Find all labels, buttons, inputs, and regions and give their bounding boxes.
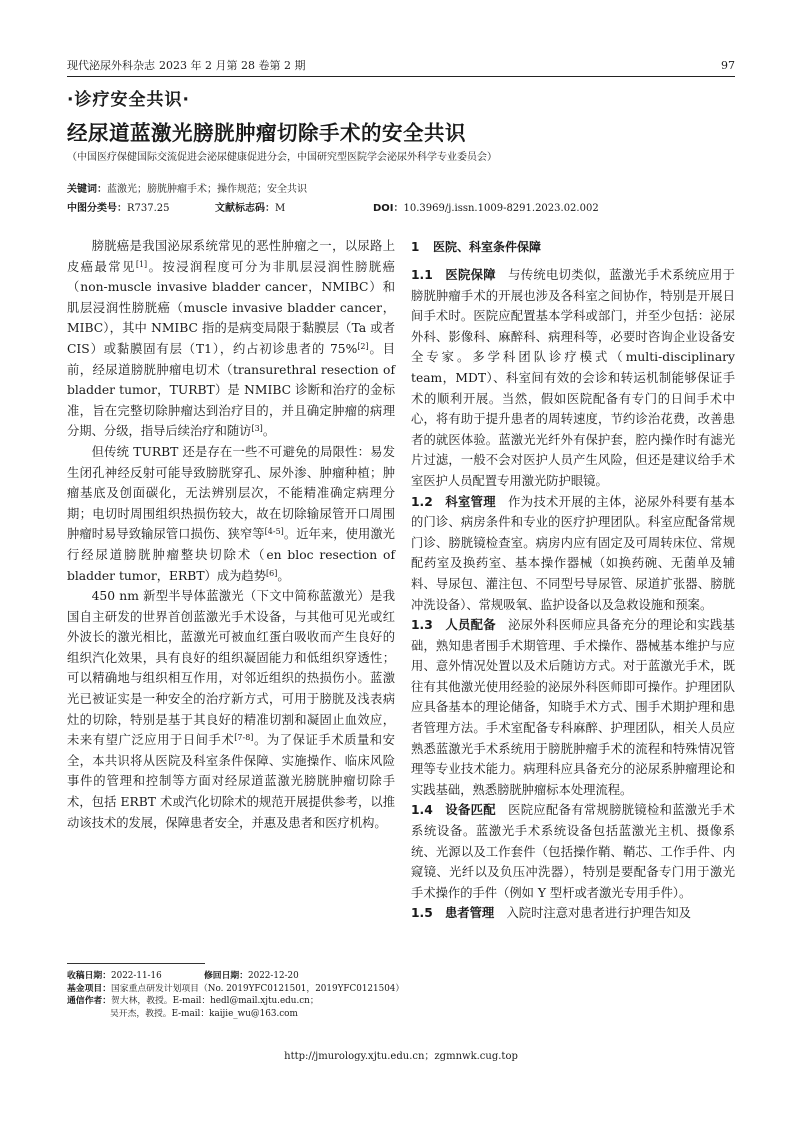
subsection-number: 1.5 (411, 903, 445, 924)
footnotes: 收稿日期：2022-11-16 修回日期：2022-12-20 基金项目：国家重… (67, 970, 397, 1020)
right-column: 1医院、科室条件保障 1.1医院保障与传统电切类似，蓝激光手术系统应用于膀胱肿瘤… (411, 236, 735, 924)
column-label: ·诊疗安全共识· (67, 88, 190, 112)
footnote-divider (67, 963, 205, 964)
journal-page: 现代泌尿外科杂志 2023 年 2 月第 28 卷第 2 期 97 ·诊疗安全共… (67, 0, 735, 1122)
subsection-text: 作为技术开展的主体，泌尿外科要有基本的门诊、病房条件和专业的医疗护理团队。科室应… (411, 495, 735, 612)
subsection-number: 1.3 (411, 615, 445, 636)
classification-line: 中图分类号：R737.25 文献标志码：M DOI：10.3969/j.issn… (67, 202, 735, 216)
citation-marker[interactable]: [7-8] (234, 733, 253, 742)
subsection-1-5: 1.5患者管理入院时注意对患者进行护理告知及 (411, 903, 735, 924)
subsection-text: 泌尿外科医师应具备充分的理论和实践基础，熟知患者围手术期管理、手术操作、器械基本… (411, 618, 735, 797)
corresponding-author-2: 吴开杰，教授。E-mail：kaijie_wu@163.com (110, 1009, 298, 1019)
section-title: 医院、科室条件保障 (433, 240, 541, 254)
corresponding-row: 通信作者：贺大林，教授。E-mail：hedl@mail.xjtu.edu.cn… (67, 995, 397, 1008)
revised-cell: 修回日期：2022-12-20 (204, 970, 299, 983)
fund-label: 基金项目： (67, 984, 111, 994)
fund-value: 国家重点研发计划项目（No. 2019YFC0121501，2019YFC012… (111, 984, 404, 994)
subsection-label: 患者管理 (445, 906, 494, 920)
page-number: 97 (721, 58, 735, 74)
doi-cell: DOI：10.3969/j.issn.1009-8291.2023.02.002 (373, 202, 599, 216)
intro-paragraph: 450 nm 新型半导体蓝激光（下文中简称蓝激光）是我国自主研发的世界首创蓝激光… (67, 586, 395, 833)
subsection-number: 1.4 (411, 800, 445, 821)
doc-code-label: 文献标志码： (215, 203, 275, 214)
subsection-1-3: 1.3人员配备泌尿外科医师应具备充分的理论和实践基础，熟知患者围手术期管理、手术… (411, 615, 735, 800)
subsection-label: 设备匹配 (445, 803, 496, 817)
doc-code-cell: 文献标志码：M (215, 202, 285, 216)
left-column: 膀胱癌是我国泌尿系统常见的恶性肿瘤之一，以尿路上皮癌最常见[1]。按浸润程度可分… (67, 236, 395, 833)
article-title: 经尿道蓝激光膀胱肿瘤切除手术的安全共识 (67, 118, 466, 148)
citation-marker[interactable]: [1] (136, 260, 147, 269)
subsection-heading: 1.4设备匹配 (411, 803, 508, 817)
subsection-label: 人员配备 (445, 618, 496, 632)
subsection-text: 与传统电切类似，蓝激光手术系统应用于膀胱肿瘤手术的开展也涉及各科室之间协作，特别… (411, 268, 735, 488)
received-label: 收稿日期： (67, 971, 111, 981)
citation-marker[interactable]: [6] (266, 569, 277, 578)
clc-value: R737.25 (127, 203, 170, 214)
issue-info: 2023 年 2 月第 28 卷第 2 期 (159, 58, 305, 74)
citation-marker[interactable]: [2] (357, 342, 368, 351)
citation-marker[interactable]: [3] (251, 424, 262, 433)
revised-date: 2022-12-20 (248, 971, 299, 981)
citation-marker[interactable]: [4-5] (265, 527, 284, 536)
subsection-1-1: 1.1医院保障与传统电切类似，蓝激光手术系统应用于膀胱肿瘤手术的开展也涉及各科室… (411, 265, 735, 492)
corresponding-label: 通信作者： (67, 996, 111, 1006)
doi-label: DOI： (373, 203, 404, 214)
footer-url[interactable]: http://jmurology.xjtu.edu.cn；zgmnwk.cug.… (67, 1050, 735, 1064)
subsection-heading: 1.2科室管理 (411, 495, 508, 509)
corresponding-row-2: 吴开杰，教授。E-mail：kaijie_wu@163.com (67, 1008, 397, 1021)
subsection-text: 入院时注意对患者进行护理告知及 (507, 906, 691, 920)
subsection-heading: 1.5患者管理 (411, 906, 507, 920)
subsection-heading: 1.1医院保障 (411, 268, 508, 282)
clc-cell: 中图分类号：R737.25 (67, 202, 170, 216)
clc-label: 中图分类号： (67, 203, 127, 214)
intro-paragraph: 但传统 TURBT 还是存在一些不可避免的局限性：易发生闭孔神经反射可能导致膀胱… (67, 442, 395, 586)
section-heading-1: 1医院、科室条件保障 (411, 237, 735, 257)
doc-code-value: M (275, 203, 285, 214)
dates-row: 收稿日期：2022-11-16 修回日期：2022-12-20 (67, 970, 397, 983)
subsection-label: 医院保障 (445, 268, 496, 282)
subsection-label: 科室管理 (445, 495, 496, 509)
subsection-number: 1.1 (411, 265, 445, 286)
received-date: 2022-11-16 (111, 971, 162, 981)
keywords-line: 关键词：蓝激光；膀胱肿瘤手术；操作规范；安全共识 (67, 183, 307, 197)
keywords-label: 关键词： (67, 184, 107, 195)
subsection-number: 1.2 (411, 492, 445, 513)
subsection-heading: 1.3人员配备 (411, 618, 508, 632)
running-head: 现代泌尿外科杂志 2023 年 2 月第 28 卷第 2 期 97 (67, 58, 735, 77)
subsection-1-2: 1.2科室管理作为技术开展的主体，泌尿外科要有基本的门诊、病房条件和专业的医疗护… (411, 492, 735, 616)
author-affiliations: （中国医疗保健国际交流促进会泌尿健康促进分会，中国研究型医院学会泌尿外科学专业委… (67, 151, 497, 165)
corresponding-author-1: 贺大林，教授。E-mail：hedl@mail.xjtu.edu.cn； (111, 996, 319, 1006)
intro-paragraph: 膀胱癌是我国泌尿系统常见的恶性肿瘤之一，以尿路上皮癌最常见[1]。按浸润程度可分… (67, 236, 395, 442)
journal-name: 现代泌尿外科杂志 (67, 58, 155, 74)
doi-value: 10.3969/j.issn.1009-8291.2023.02.002 (404, 203, 599, 214)
subsection-1-4: 1.4设备匹配医院应配备有常规膀胱镜检和蓝激光手术系统设备。蓝激光手术系统设备包… (411, 800, 735, 903)
keywords-value: 蓝激光；膀胱肿瘤手术；操作规范；安全共识 (107, 184, 307, 195)
fund-row: 基金项目：国家重点研发计划项目（No. 2019YFC0121501，2019Y… (67, 983, 397, 996)
revised-label: 修回日期： (204, 971, 248, 981)
subsection-text: 医院应配备有常规膀胱镜检和蓝激光手术系统设备。蓝激光手术系统设备包括蓝激光主机、… (411, 803, 735, 899)
section-number: 1 (411, 237, 433, 257)
